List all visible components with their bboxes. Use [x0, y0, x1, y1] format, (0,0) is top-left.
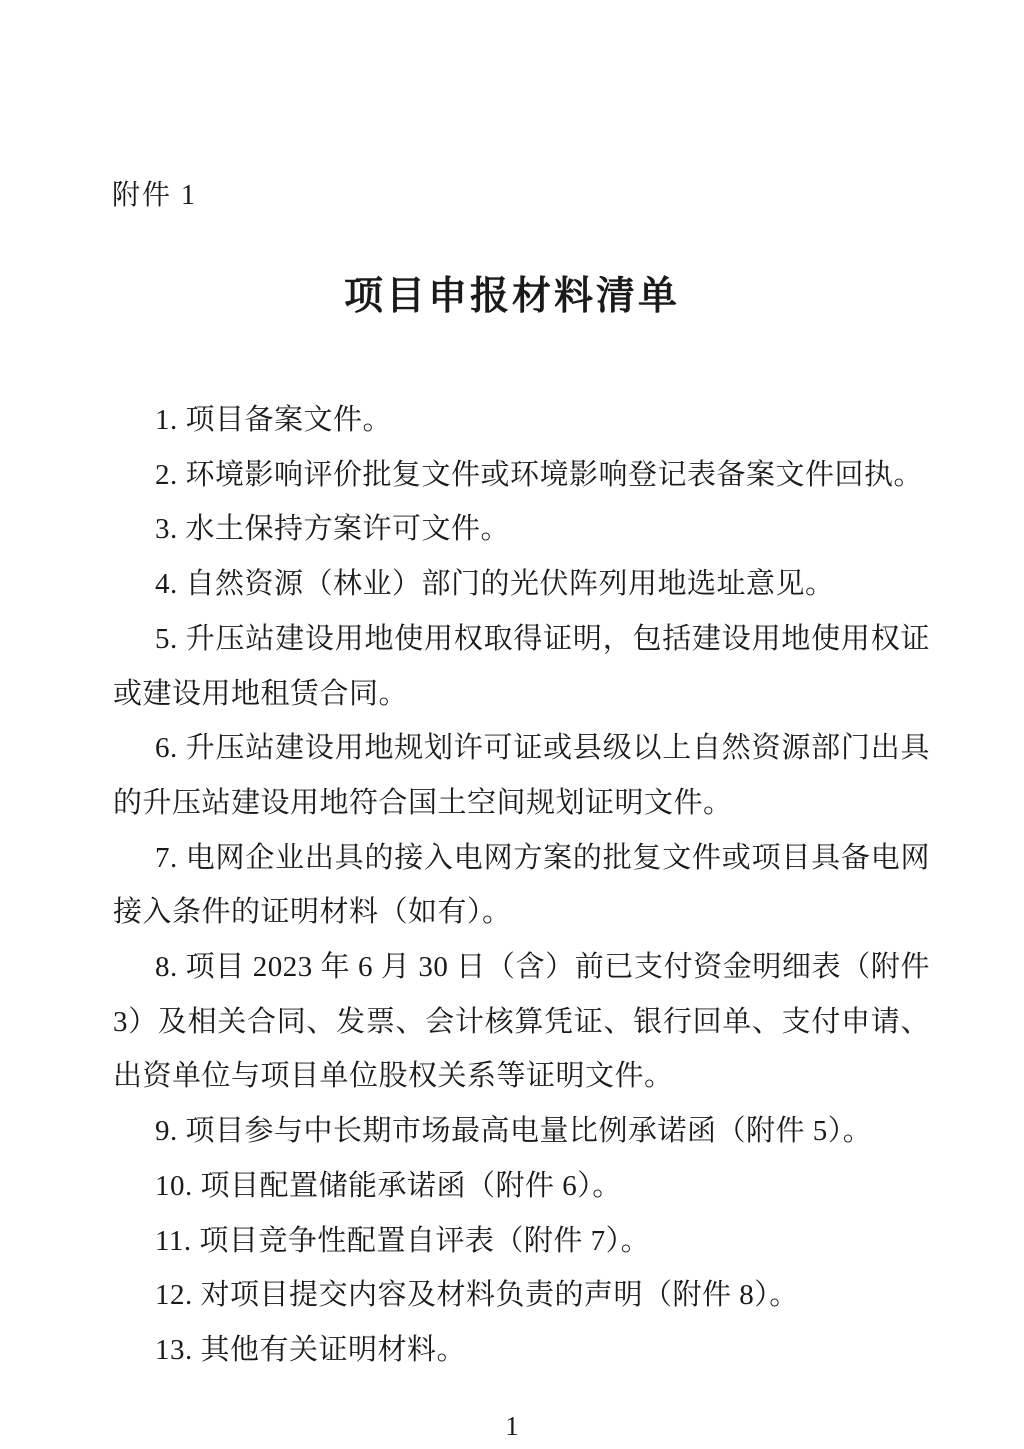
- list-item-9: 9. 项目参与中长期市场最高电量比例承诺函（附件 5）。: [113, 1104, 930, 1159]
- list-item-1: 1. 项目备案文件。: [113, 393, 930, 448]
- list-item-6: 6. 升压站建设用地规划许可证或县级以上自然资源部门出具的升压站建设用地符合国土…: [113, 721, 930, 830]
- list-item-3: 3. 水土保持方案许可文件。: [113, 502, 930, 557]
- list-item-2: 2. 环境影响评价批复文件或环境影响登记表备案文件回执。: [113, 448, 930, 503]
- document-title: 项目申报材料清单: [0, 272, 1024, 322]
- list-item-11: 11. 项目竞争性配置自评表（附件 7）。: [113, 1214, 930, 1269]
- document-page: 附件 1 项目申报材料清单 1. 项目备案文件。 2. 环境影响评价批复文件或环…: [0, 0, 1024, 1449]
- attachment-label: 附件 1: [112, 178, 197, 214]
- list-item-10: 10. 项目配置储能承诺函（附件 6）。: [113, 1159, 930, 1214]
- list-item-8: 8. 项目 2023 年 6 月 30 日（含）前已支付资金明细表（附件 3）及…: [113, 940, 930, 1104]
- list-item-4: 4. 自然资源（林业）部门的光伏阵列用地选址意见。: [113, 557, 930, 612]
- list-item-5: 5. 升压站建设用地使用权取得证明，包括建设用地使用权证或建设用地租赁合同。: [113, 612, 930, 721]
- page-number: 1: [0, 1408, 1024, 1444]
- materials-list: 1. 项目备案文件。 2. 环境影响评价批复文件或环境影响登记表备案文件回执。 …: [113, 393, 930, 1378]
- list-item-13: 13. 其他有关证明材料。: [113, 1323, 930, 1378]
- list-item-7: 7. 电网企业出具的接入电网方案的批复文件或项目具备电网接入条件的证明材料（如有…: [113, 831, 930, 940]
- list-item-12: 12. 对项目提交内容及材料负责的声明（附件 8）。: [113, 1268, 930, 1323]
